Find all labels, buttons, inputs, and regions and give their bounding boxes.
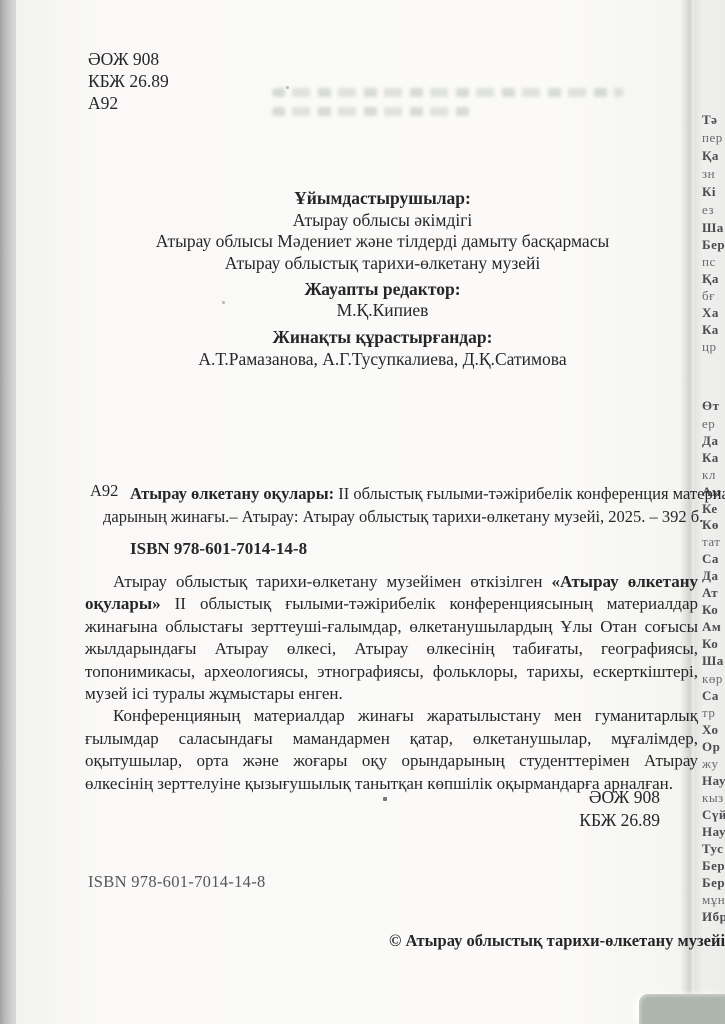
adjacent-text-fragment: Ша (702, 220, 724, 236)
organizer-line: Атырау облысы Мәдениет және тілдерді дам… (70, 231, 695, 252)
imprint-center-block: Ұйымдастырушылар: Атырау облысы әкімдігі… (70, 0, 695, 380)
adjacent-text-fragment: Кі (702, 184, 716, 200)
isbn-bottom: ISBN 978-601-7014-14-8 (88, 872, 266, 892)
annotation-paragraph-1: Атырау облыстық тарихи-өлкетану музейіме… (85, 571, 698, 705)
organizer-line: Атырау облыстық тарихи-өлкетану музейі (70, 253, 695, 274)
adjacent-text-fragment: Нау (702, 773, 725, 789)
adjacent-text-fragment: Ша (702, 653, 724, 669)
par1-before: Атырау облыстық тарихи-өлкетану музейіме… (113, 572, 552, 591)
catalog-author-sign: А92 (90, 481, 118, 501)
adjacent-text-fragment: Өт (702, 398, 720, 414)
adjacent-text-fragment: Сүй (702, 807, 725, 823)
catalog-entry-rest: ІІ облыстық ғылыми-тәжірибелік конференц… (334, 484, 725, 503)
adjacent-text-fragment: Да (702, 568, 718, 584)
copyright-line: © Атырау облыстық тарихи-өлкетану музейі (389, 931, 725, 951)
adjacent-text-fragment: Са (702, 688, 719, 704)
adjacent-text-fragment: кыз (702, 790, 724, 806)
adjacent-text-fragment: пер (702, 130, 723, 146)
organizers-heading: Ұйымдастырушылар: (70, 188, 695, 209)
adjacent-text-fragment: Ко (702, 602, 718, 618)
adjacent-text-fragment: Кө (702, 517, 719, 533)
adjacent-text-fragment: Тә (702, 112, 717, 128)
par1-after: ІІ облыстық ғылыми-тәжірибелік конференц… (85, 594, 698, 703)
editor-name: М.Қ.Кипиев (70, 300, 695, 321)
compilers-names: А.Т.Рамазанова, А.Г.Тусупкалиева, Д.Қ.Са… (70, 349, 695, 370)
adjacent-text-fragment: Са (702, 551, 719, 567)
adjacent-text-fragment: Тус (702, 841, 723, 857)
adjacent-text-fragment: зн (702, 166, 715, 182)
adjacent-text-fragment: Ка (702, 450, 719, 466)
adjacent-text-fragment: Ор (702, 739, 720, 755)
adjacent-text-fragment: Ко (702, 636, 718, 652)
adjacent-text-fragment: цр (702, 339, 716, 355)
adjacent-text-fragment: Да (702, 433, 718, 449)
adjacent-text-fragment: Ка (702, 322, 719, 338)
adjacent-text-fragment: ер (702, 416, 715, 432)
adjacent-text-fragment: Қа (702, 271, 719, 287)
adjacent-text-fragment: тр (702, 705, 715, 721)
annotation-block: Атырау облыстық тарихи-өлкетану музейіме… (85, 571, 698, 795)
lbc-code-bottom: КБЖ 26.89 (520, 809, 660, 832)
adjacent-text-fragment: Ибр (702, 909, 725, 925)
adjacent-text-fragment: Ат (702, 585, 718, 601)
adjacent-text-fragment: пс (702, 254, 716, 270)
catalog-entry-line1: Атырау өлкетану оқулары: ІІ облыстық ғыл… (130, 484, 725, 504)
annotation-paragraph-2: Конференцияның материалдар жинағы жараты… (85, 705, 698, 795)
adjacent-text-fragment: жу (702, 756, 718, 772)
organizer-line: Атырау облысы әкімдігі (70, 210, 695, 231)
adjacent-text-fragment: Хо (702, 722, 719, 738)
scanned-book-page: { "document": { "codes_top": { "line1": … (0, 0, 725, 1024)
adjacent-text-fragment: ез (702, 202, 714, 218)
udc-code-bottom: ӘОЖ 908 (520, 786, 660, 809)
book-title: Атырау өлкетану оқулары: (130, 484, 334, 503)
isbn-catalog: ISBN 978-601-7014-14-8 (130, 539, 307, 559)
editor-heading: Жауапты редактор: (70, 279, 695, 300)
adjacent-text-fragment: Бер (702, 875, 725, 891)
scan-speck (383, 797, 387, 801)
adjacent-text-fragment: көр (702, 671, 723, 687)
adjacent-text-fragment: тат (702, 534, 720, 550)
adjacent-text-fragment: Бер (702, 237, 725, 253)
catalog-entry-line2: дарының жинағы.– Атырау: Атырау облыстық… (103, 507, 703, 527)
adjacent-text-fragment: Ха (702, 305, 719, 321)
adjacent-text-fragment: кл (702, 467, 716, 483)
adjacent-text-fragment: мұн (702, 892, 725, 908)
green-corner-tab (639, 994, 725, 1024)
compilers-heading: Жинақты құрастырғандар: (70, 327, 695, 348)
adjacent-text-fragment: Бер (702, 858, 725, 874)
adjacent-text-fragment: Қа (702, 148, 719, 164)
adjacent-text-fragment: бғ (702, 288, 715, 304)
cataloguing-codes-bottom: ӘОЖ 908 КБЖ 26.89 (520, 786, 660, 832)
adjacent-text-fragment: Нау (702, 824, 725, 840)
adjacent-text-fragment: Ам (702, 619, 721, 635)
